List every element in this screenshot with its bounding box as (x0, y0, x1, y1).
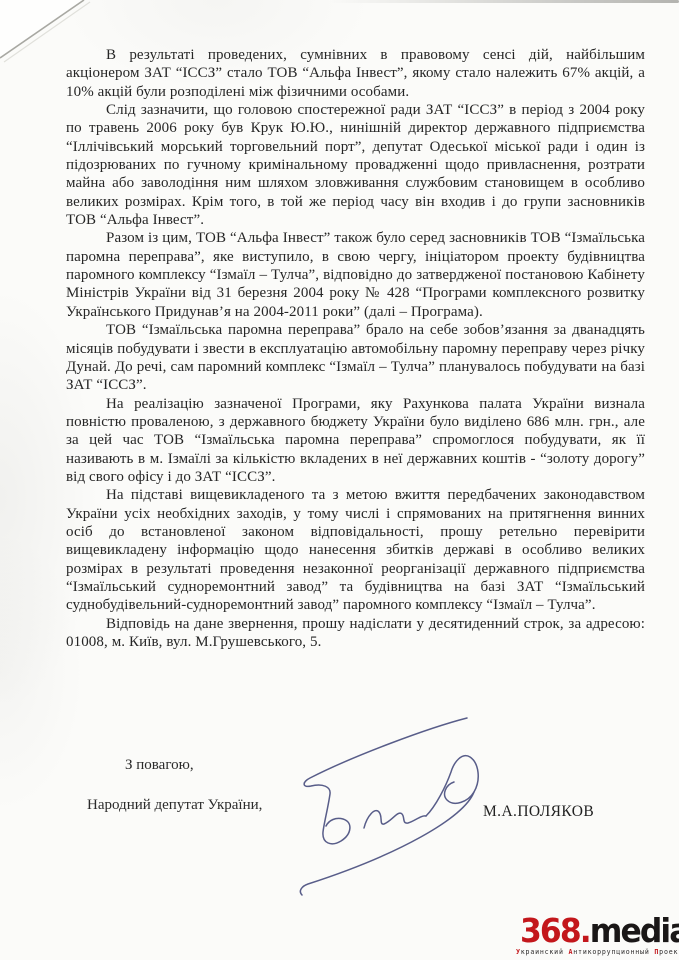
signer-position: Народний депутат України, (87, 797, 262, 814)
closing-regards: З повагою, (125, 757, 194, 774)
watermark-brand-number: 368. (520, 911, 590, 950)
letter-body: В результаті проведених, сумнівних в пра… (66, 46, 645, 651)
scanned-page: В результаті проведених, сумнівних в пра… (0, 0, 679, 960)
paragraph: Відповідь на дане звернення, прошу надіс… (66, 615, 645, 652)
paragraph: Разом із цим, ТОВ “Альфа Інвест” також б… (66, 229, 645, 321)
scan-top-edge-shadow (330, 0, 679, 3)
paragraph: На підставі вищевикладеного та з метою в… (66, 486, 645, 614)
watermark-brand: 368.media (520, 915, 672, 947)
paragraph: В результаті проведених, сумнівних в пра… (66, 46, 645, 101)
handwritten-signature (278, 688, 518, 913)
watermark-brand-media: media (590, 911, 679, 950)
watermark-logo: 368.media Украинский Антикоррупционный П… (516, 915, 676, 956)
paragraph: На реалізацію зазначеної Програми, яку Р… (66, 395, 645, 487)
paragraph: ТОВ “Ізмаїльська паромна переправа” брал… (66, 321, 645, 394)
paragraph: Слід зазначити, що головою спостережної … (66, 101, 645, 229)
